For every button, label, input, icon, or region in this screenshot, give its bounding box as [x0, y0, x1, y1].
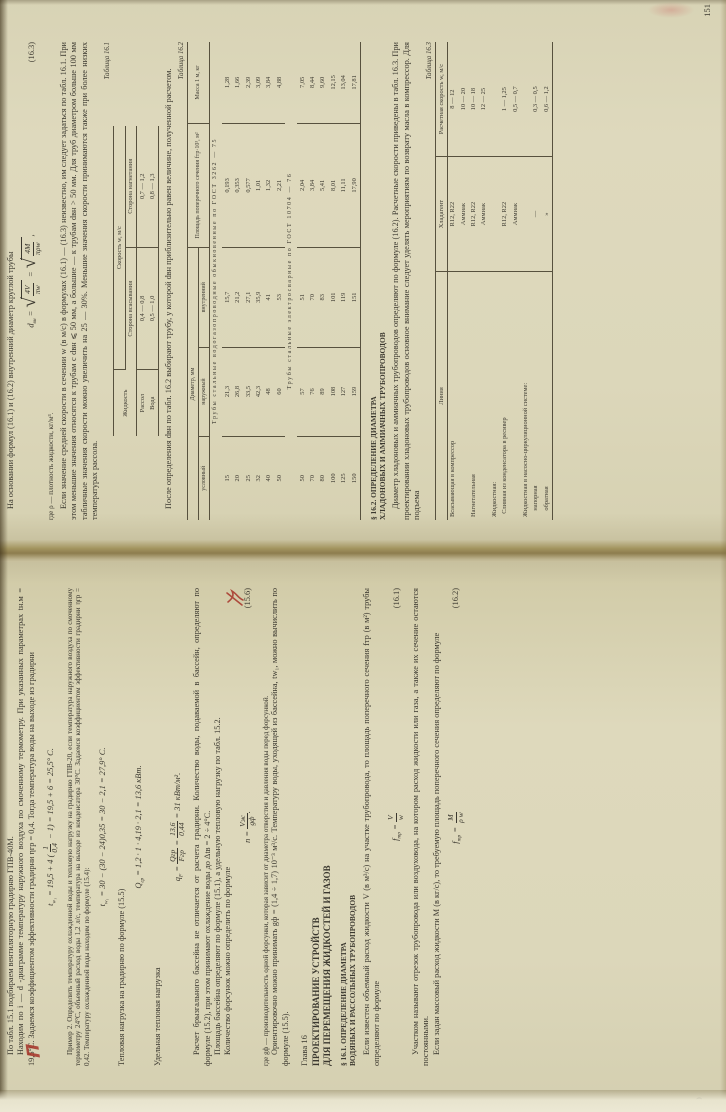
formula-16-3: dвн = √4Vπw = √4Mπρw, (16.3) — [21, 42, 42, 520]
paragraph: Если задан массовый расход жидкости M (в… — [432, 588, 442, 1066]
table-caption: Таблица 16.2 — [178, 42, 185, 520]
paragraph: Если значение средней скорости в сечении… — [59, 42, 100, 520]
fraction: Vw — [387, 813, 405, 822]
table-cell: 20 — [233, 436, 243, 520]
table-cell: 83 — [318, 248, 328, 348]
table-row: Аммиак10 — 20 — [458, 42, 468, 520]
formula-tail: = 31 кВт/м². — [173, 773, 182, 821]
table-cell: 89 — [318, 347, 328, 436]
column-header: Сторона нагнетания — [125, 126, 136, 247]
table-cell: 101 — [328, 248, 338, 348]
table-row: Рассол0,4 — 0,80,7 — 1,2 — [137, 126, 148, 436]
table-section-label: Трубы стальные электросварные по ГОСТ 10… — [285, 42, 297, 520]
table-cell: 2,21 — [274, 123, 284, 247]
paragraph: Количество форсунок можно определить по … — [223, 588, 233, 1066]
chapter-title-line: ДЛЯ ПЕРЕМЕЩЕНИЯ ЖИДКОСТЕЙ И ГАЗОВ — [322, 588, 333, 1066]
page-151-area: На основании формул (16.1) и (16.2) внут… — [0, 0, 726, 546]
table-cell: 1,66 — [233, 42, 243, 123]
section-heading-line: ВОДЯНЫХ И РАССОЛЬНЫХ ТРУБОПРОВОДОВ — [348, 588, 357, 1066]
table-row: напорная—0,3 — 0,5 — [531, 42, 541, 520]
table-cell: Сливная из конденсатора в ресивер — [500, 271, 510, 520]
table-caption: Таблица 16.3 — [426, 42, 433, 520]
table-row: обратная»0,6 — 1,2 — [541, 42, 552, 520]
table-cell: 12 — 25 — [479, 42, 489, 157]
table-cell: 7,05 — [297, 42, 307, 123]
table-row: 3242,335,91,013,09 — [254, 42, 264, 520]
table-cell: 57 — [297, 347, 307, 436]
table-cell: Рассол — [137, 370, 148, 436]
table-cell: 5,41 — [318, 123, 328, 247]
table-cell: 25 — [243, 436, 253, 520]
table-cell: 100 — [328, 436, 338, 520]
equation-number: (16.1) — [391, 588, 403, 608]
column-header: внутренний — [199, 248, 210, 348]
formula-16-2: fтр = Mρ w (16.2) — [447, 588, 466, 1066]
table-cell: 15 — [222, 436, 232, 520]
formula-specific-load: qF = QгрFгр = 13,60,44 = 31 кВт/м². — [169, 588, 188, 1066]
table-cell: 0,193 — [222, 123, 232, 247]
handwritten-mark: П — [23, 1044, 45, 1058]
formula-lhs: f — [451, 841, 460, 843]
formula-lhs: d — [27, 323, 36, 327]
handwritten-correction-icon — [224, 588, 246, 608]
table-cell: 1,32 — [264, 123, 274, 247]
formula-eq: = — [173, 838, 182, 848]
formula-lhs: n — [243, 839, 252, 843]
paragraph: Участком называют отрезок трубопровода и… — [411, 588, 432, 1066]
table-cell: — — [531, 157, 541, 272]
formula-eq: = — [173, 864, 182, 874]
table-cell: 3,09 — [254, 42, 264, 123]
table-row: НагнетательнаяR12, R2210 — 18 — [469, 42, 479, 520]
table-cell: Жидкостная в насосно-циркуляционной сист… — [521, 271, 531, 520]
table-head: Диаметр, мм Площадь поперечного сечения … — [188, 42, 210, 520]
paragraph: Удельная тепловая нагрузка — [153, 588, 163, 1066]
table-cell: 1 — 1,25 — [500, 42, 510, 157]
table-cell — [510, 271, 520, 520]
formula-lhs-sub: тр — [397, 832, 403, 839]
table-head: Линия Хладагент Расчетная скорость w, м/… — [436, 42, 447, 520]
table-cell: 119 — [339, 248, 349, 348]
chapter-title: ПРОЕКТИРОВАНИЕ УСТРОЙСТВ ДЛЯ ПЕРЕМЕЩЕНИЯ… — [311, 588, 333, 1066]
section-heading-line: § 16.2. ОПРЕДЕЛЕНИЕ ДИАМЕТРА — [369, 42, 378, 520]
table-body: Трубы стальные электросварные по ГОСТ 10… — [285, 42, 297, 520]
column-header: Скорость w, м/с — [114, 126, 125, 370]
table-row: 1001081018,0112,15 — [328, 42, 338, 520]
formula-15-6: n = Vжgф. (15.6) — [239, 588, 257, 1066]
table-cell: 76 — [308, 347, 318, 436]
table-cell: 53 — [274, 248, 284, 348]
table-cell: 33,5 — [243, 347, 253, 436]
table-cell: 0,4 — 0,8 — [137, 247, 148, 370]
paragraph: Тепловая нагрузка на градирню по формуле… — [117, 588, 127, 1066]
table-cell: R12, R22 — [469, 157, 479, 272]
chapter-label: Глава 16 — [299, 588, 309, 1066]
page-number: 151 — [702, 4, 712, 17]
column-header: Жидкость — [114, 370, 137, 436]
table-row: 5057512,047,05 — [297, 42, 307, 520]
table-cell: обратная — [541, 271, 552, 520]
table-cell: 60 — [274, 347, 284, 436]
formula-tail: . — [243, 811, 252, 813]
table-cell: 51 — [297, 248, 307, 348]
page-150-area: По табл. 15.1 подбираем вентиляторную гр… — [0, 562, 726, 1112]
table-row: 15015915117,9017,81 — [349, 42, 360, 520]
table-cell: 127 — [339, 347, 349, 436]
paragraph: Расчет брызгального бассейна не отличает… — [192, 588, 213, 1066]
scan-edge-bottom — [0, 1090, 726, 1112]
table-row: Аммиак0,5 — 0,7 — [510, 42, 520, 520]
formula-lhs: q — [173, 877, 182, 881]
table-cell: Жидкостная: — [489, 271, 499, 520]
table-cell: R12, R22 — [447, 157, 458, 272]
table-cell — [521, 157, 531, 272]
fraction: Vжgф — [239, 813, 257, 829]
fraction: 13,60,44 — [169, 821, 187, 838]
column-header: Расчетная скорость w, м/с — [436, 42, 447, 157]
table-row: Всасывающая в компрессорR12, R228 — 12 — [447, 42, 458, 520]
formula-tail: = 1,2 · 1 · 4,19 · 2,1 = 13,6 кВт. — [134, 765, 143, 877]
table-cell: 42,3 — [254, 347, 264, 436]
table-cell: 0,577 — [243, 123, 253, 247]
formula-lhs-sub: w₁ — [103, 899, 109, 904]
table-row: 1521,315,70,1931,28 — [222, 42, 232, 520]
table-16-2: Диаметр, мм Площадь поперечного сечения … — [187, 42, 360, 520]
section-heading: § 16.1. ОПРЕДЕЛЕНИЕ ДИАМЕТРА ВОДЯНЫХ И Р… — [339, 588, 358, 1066]
table-cell: 0,5 — 1,0 — [148, 247, 159, 370]
table-cell: Аммиак — [510, 157, 520, 272]
binding-fold — [0, 540, 726, 564]
radical: √4Mπρw — [21, 237, 42, 268]
table-cell: 13,04 — [339, 42, 349, 123]
formula-lhs-sub: гр — [139, 878, 145, 883]
formula-eq: = — [451, 825, 460, 835]
table-body: Трубы стальные водогазопроводные обыкнов… — [209, 42, 222, 520]
table-cell: » — [541, 157, 552, 272]
table-cell: 35,9 — [254, 248, 264, 348]
equation-number: (16.2) — [450, 588, 462, 608]
table-cell: 150 — [349, 436, 360, 520]
table-section-row: Трубы стальные водогазопроводные обыкнов… — [209, 42, 222, 520]
table-row: 2026,821,20,3531,66 — [233, 42, 243, 520]
table-row: 2533,527,10,5772,39 — [243, 42, 253, 520]
table-cell — [489, 42, 499, 157]
formula-eq: = — [391, 822, 400, 832]
table-16-3: Линия Хладагент Расчетная скорость w, м/… — [435, 42, 552, 520]
table-cell: 0,353 — [233, 123, 243, 247]
table-row: 4048411,323,84 — [264, 42, 274, 520]
table-row: Жидкостная: — [489, 42, 499, 520]
formula-temperature: tw₁ = 30 − (30 − 24)0,35 = 30 − 2,1 = 27… — [97, 588, 113, 1066]
column-header: Площадь поперечного сечения fтр·10³, м² — [188, 123, 210, 247]
formula-16-1: fтр = Vw (16.1) — [387, 588, 406, 1066]
table-cell: 8 — 12 — [447, 42, 458, 157]
formula-lhs-sub: тр — [457, 835, 463, 842]
column-header: Диаметр, мм — [188, 248, 199, 520]
scan-edge-shadow-right — [720, 0, 726, 1112]
table-cell: 11,11 — [339, 123, 349, 247]
table-row: Сливная из конденсатора в ресиверR12, R2… — [500, 42, 510, 520]
page-150: По табл. 15.1 подбираем вентиляторную гр… — [0, 562, 726, 1112]
paper-smudge — [648, 2, 694, 18]
table-cell: 41 — [264, 248, 274, 348]
table-cell: 70 — [308, 248, 318, 348]
table-16-1: Жидкость Скорость w, м/с Сторона всасыва… — [113, 126, 159, 436]
formula-lhs: Q — [134, 883, 143, 889]
table-cell: 80 — [318, 436, 328, 520]
table-section-row: Трубы стальные электросварные по ГОСТ 10… — [285, 42, 297, 520]
table-cell: 50 — [297, 436, 307, 520]
table-section-label: Трубы стальные водогазопроводные обыкнов… — [209, 42, 222, 520]
table-cell: 27,1 — [243, 248, 253, 348]
table-head: Жидкость Скорость w, м/с Сторона всасыва… — [114, 126, 137, 436]
column-header: Линия — [436, 271, 447, 520]
table-cell: 0,7 — 1,2 — [137, 126, 148, 247]
table-cell: Аммиак — [458, 157, 468, 272]
formula-tail: , — [27, 234, 36, 236]
table-cell: 159 — [349, 347, 360, 436]
chapter-title-line: ПРОЕКТИРОВАНИЕ УСТРОЙСТВ — [311, 588, 322, 1066]
column-header: наружный — [199, 347, 210, 436]
formula-lhs: t — [98, 904, 107, 906]
formula-lhs-sub: вн — [32, 318, 38, 323]
table-cell: 40 — [264, 436, 274, 520]
table-cell — [479, 271, 489, 520]
table-cell: 9,60 — [318, 42, 328, 123]
fraction: Mρ w — [447, 810, 465, 825]
table-cell: 10 — 20 — [458, 42, 468, 157]
table-cell: 2,39 — [243, 42, 253, 123]
table-cell: 3,84 — [264, 42, 274, 123]
fraction: 4Vπw — [24, 283, 42, 296]
scan-edge-shadow-top — [0, 0, 726, 5]
table-cell: 0,3 — 0,5 — [531, 42, 541, 157]
paragraph: Диаметр хладоновых и аммиачных трубопров… — [391, 42, 422, 520]
paragraph: После определения dвн по табл. 16.2 выби… — [164, 42, 174, 520]
column-header: Масса 1 м, кг — [188, 42, 210, 123]
formula-eq: = — [243, 829, 252, 839]
scan-edge-shadow-left — [0, 0, 8, 1112]
table-row: 8089835,419,60 — [318, 42, 328, 520]
table-cell: 10 — 18 — [469, 42, 479, 157]
book-scan: На основании формул (16.1) и (16.2) внут… — [0, 0, 726, 1112]
formula-eq: = — [27, 269, 36, 279]
fraction: QгрFгр — [169, 848, 187, 864]
formula-eq: = 19,5 + 4 ( — [46, 855, 55, 898]
table-cell: 70 — [308, 436, 318, 520]
table-cell: 1,01 — [254, 123, 264, 247]
table-row: Жидкостная в насосно-циркуляционной сист… — [521, 42, 531, 520]
formula-tail: − 1) = 19,5 + 6 = 25,5° С. — [46, 748, 55, 841]
formula-lhs-sub: F — [178, 874, 184, 877]
section-heading-line: § 16.1. ОПРЕДЕЛЕНИЕ ДИАМЕТРА — [339, 588, 348, 1066]
table-cell: 0,5 — 0,7 — [510, 42, 520, 157]
paragraph: Находим по i — d -диаграмме температуру … — [16, 588, 37, 1066]
formula-15-4-result: tw₁ = 19,5 + 4 (10,4 − 1) = 19,5 + 6 = 2… — [42, 588, 61, 1066]
table-cell: 12,15 — [328, 42, 338, 123]
table-cell: 151 — [349, 248, 360, 348]
table-cell: 4,88 — [274, 42, 284, 123]
table-cell: 17,81 — [349, 42, 360, 123]
paragraph: Площадь бассейна определяют по формуле (… — [213, 588, 223, 1066]
example-paragraph: Пример 2. Определить температуру охлажде… — [66, 588, 92, 1066]
table-cell: 108 — [328, 347, 338, 436]
section-heading: § 16.2. ОПРЕДЕЛЕНИЕ ДИАМЕТРА ХЛАДОНОВЫХ … — [369, 42, 388, 520]
table-row: 5060532,214,88 — [274, 42, 284, 520]
fraction: 10,4 — [42, 841, 60, 855]
formula-tail: = 30 − (30 − 24)0,35 = 30 − 2,1 = 27,9° … — [98, 748, 107, 899]
column-header: Хладагент — [436, 157, 447, 272]
table-cell: 15,7 — [222, 248, 232, 348]
table-body: Рассол0,4 — 0,80,7 — 1,2Вода0,5 — 1,00,8… — [137, 126, 159, 436]
table-cell: 1,28 — [222, 42, 232, 123]
table-row: 7076703,848,44 — [308, 42, 318, 520]
table-cell: 26,8 — [233, 347, 243, 436]
table-row: 12512711911,1113,04 — [339, 42, 349, 520]
table-cell: 2,04 — [297, 123, 307, 247]
table-cell: 17,90 — [349, 123, 360, 247]
table-row: Аммиак12 — 25 — [479, 42, 489, 520]
table-cell: Вода — [148, 370, 159, 436]
table-cell — [521, 42, 531, 157]
table-cell: 32 — [254, 436, 264, 520]
table-cell — [458, 271, 468, 520]
formula-heat-load: Qгр = 1,2 · 1 · 4,19 · 2,1 = 13,6 кВт. — [133, 588, 149, 1066]
table-cell: 21,3 — [222, 347, 232, 436]
where-clause: где gф — производительность одной форсун… — [262, 588, 271, 1066]
table-body: Всасывающая в компрессорR12, R228 — 12Ам… — [447, 42, 552, 520]
table-cell: 48 — [264, 347, 274, 436]
paragraph: Ориентировочно можно принимать gф = (1,4… — [270, 588, 291, 1066]
table-row: Вода0,5 — 1,00,8 — 1,3 — [148, 126, 159, 436]
where-clause: где ρ — плотность жидкости, кг/м³. — [47, 42, 56, 520]
table-body: 1521,315,70,1931,282026,821,20,3531,6625… — [222, 42, 284, 520]
paragraph: Если известен объемный расход жидкости V… — [362, 588, 383, 1066]
table-cell — [489, 157, 499, 272]
table-cell: Аммиак — [479, 157, 489, 272]
equation-number: (16.3) — [26, 42, 38, 62]
formula-eq: = — [27, 309, 36, 319]
table-cell: напорная — [531, 271, 541, 520]
table-cell: 50 — [274, 436, 284, 520]
table-cell: R12, R22 — [500, 157, 510, 272]
formula-lhs-sub: w₁ — [52, 898, 58, 903]
column-header: условный — [199, 436, 210, 520]
table-cell: 8,01 — [328, 123, 338, 247]
table-cell: 125 — [339, 436, 349, 520]
table-cell: Нагнетательная — [469, 271, 479, 520]
table-body: 5057512,047,057076703,848,448089835,419,… — [297, 42, 360, 520]
table-cell: 3,84 — [308, 123, 318, 247]
table-cell: 0,8 — 1,3 — [148, 126, 159, 247]
fraction: 4Mπρw — [24, 240, 42, 257]
table-cell: 8,44 — [308, 42, 318, 123]
table-cell: Всасывающая в компрессор — [447, 271, 458, 520]
page-151: На основании формул (16.1) и (16.2) внут… — [0, 0, 726, 546]
radical: √4Vπw — [21, 280, 42, 307]
table-cell: 0,6 — 1,2 — [541, 42, 552, 157]
table-caption: Таблица 16.1 — [104, 42, 111, 520]
table-cell: 21,2 — [233, 248, 243, 348]
column-header: Сторона всасывания — [125, 247, 136, 370]
section-heading-line: ХЛАДОНОВЫХ И АММИАЧНЫХ ТРУБОПРОВОДОВ — [378, 42, 387, 520]
